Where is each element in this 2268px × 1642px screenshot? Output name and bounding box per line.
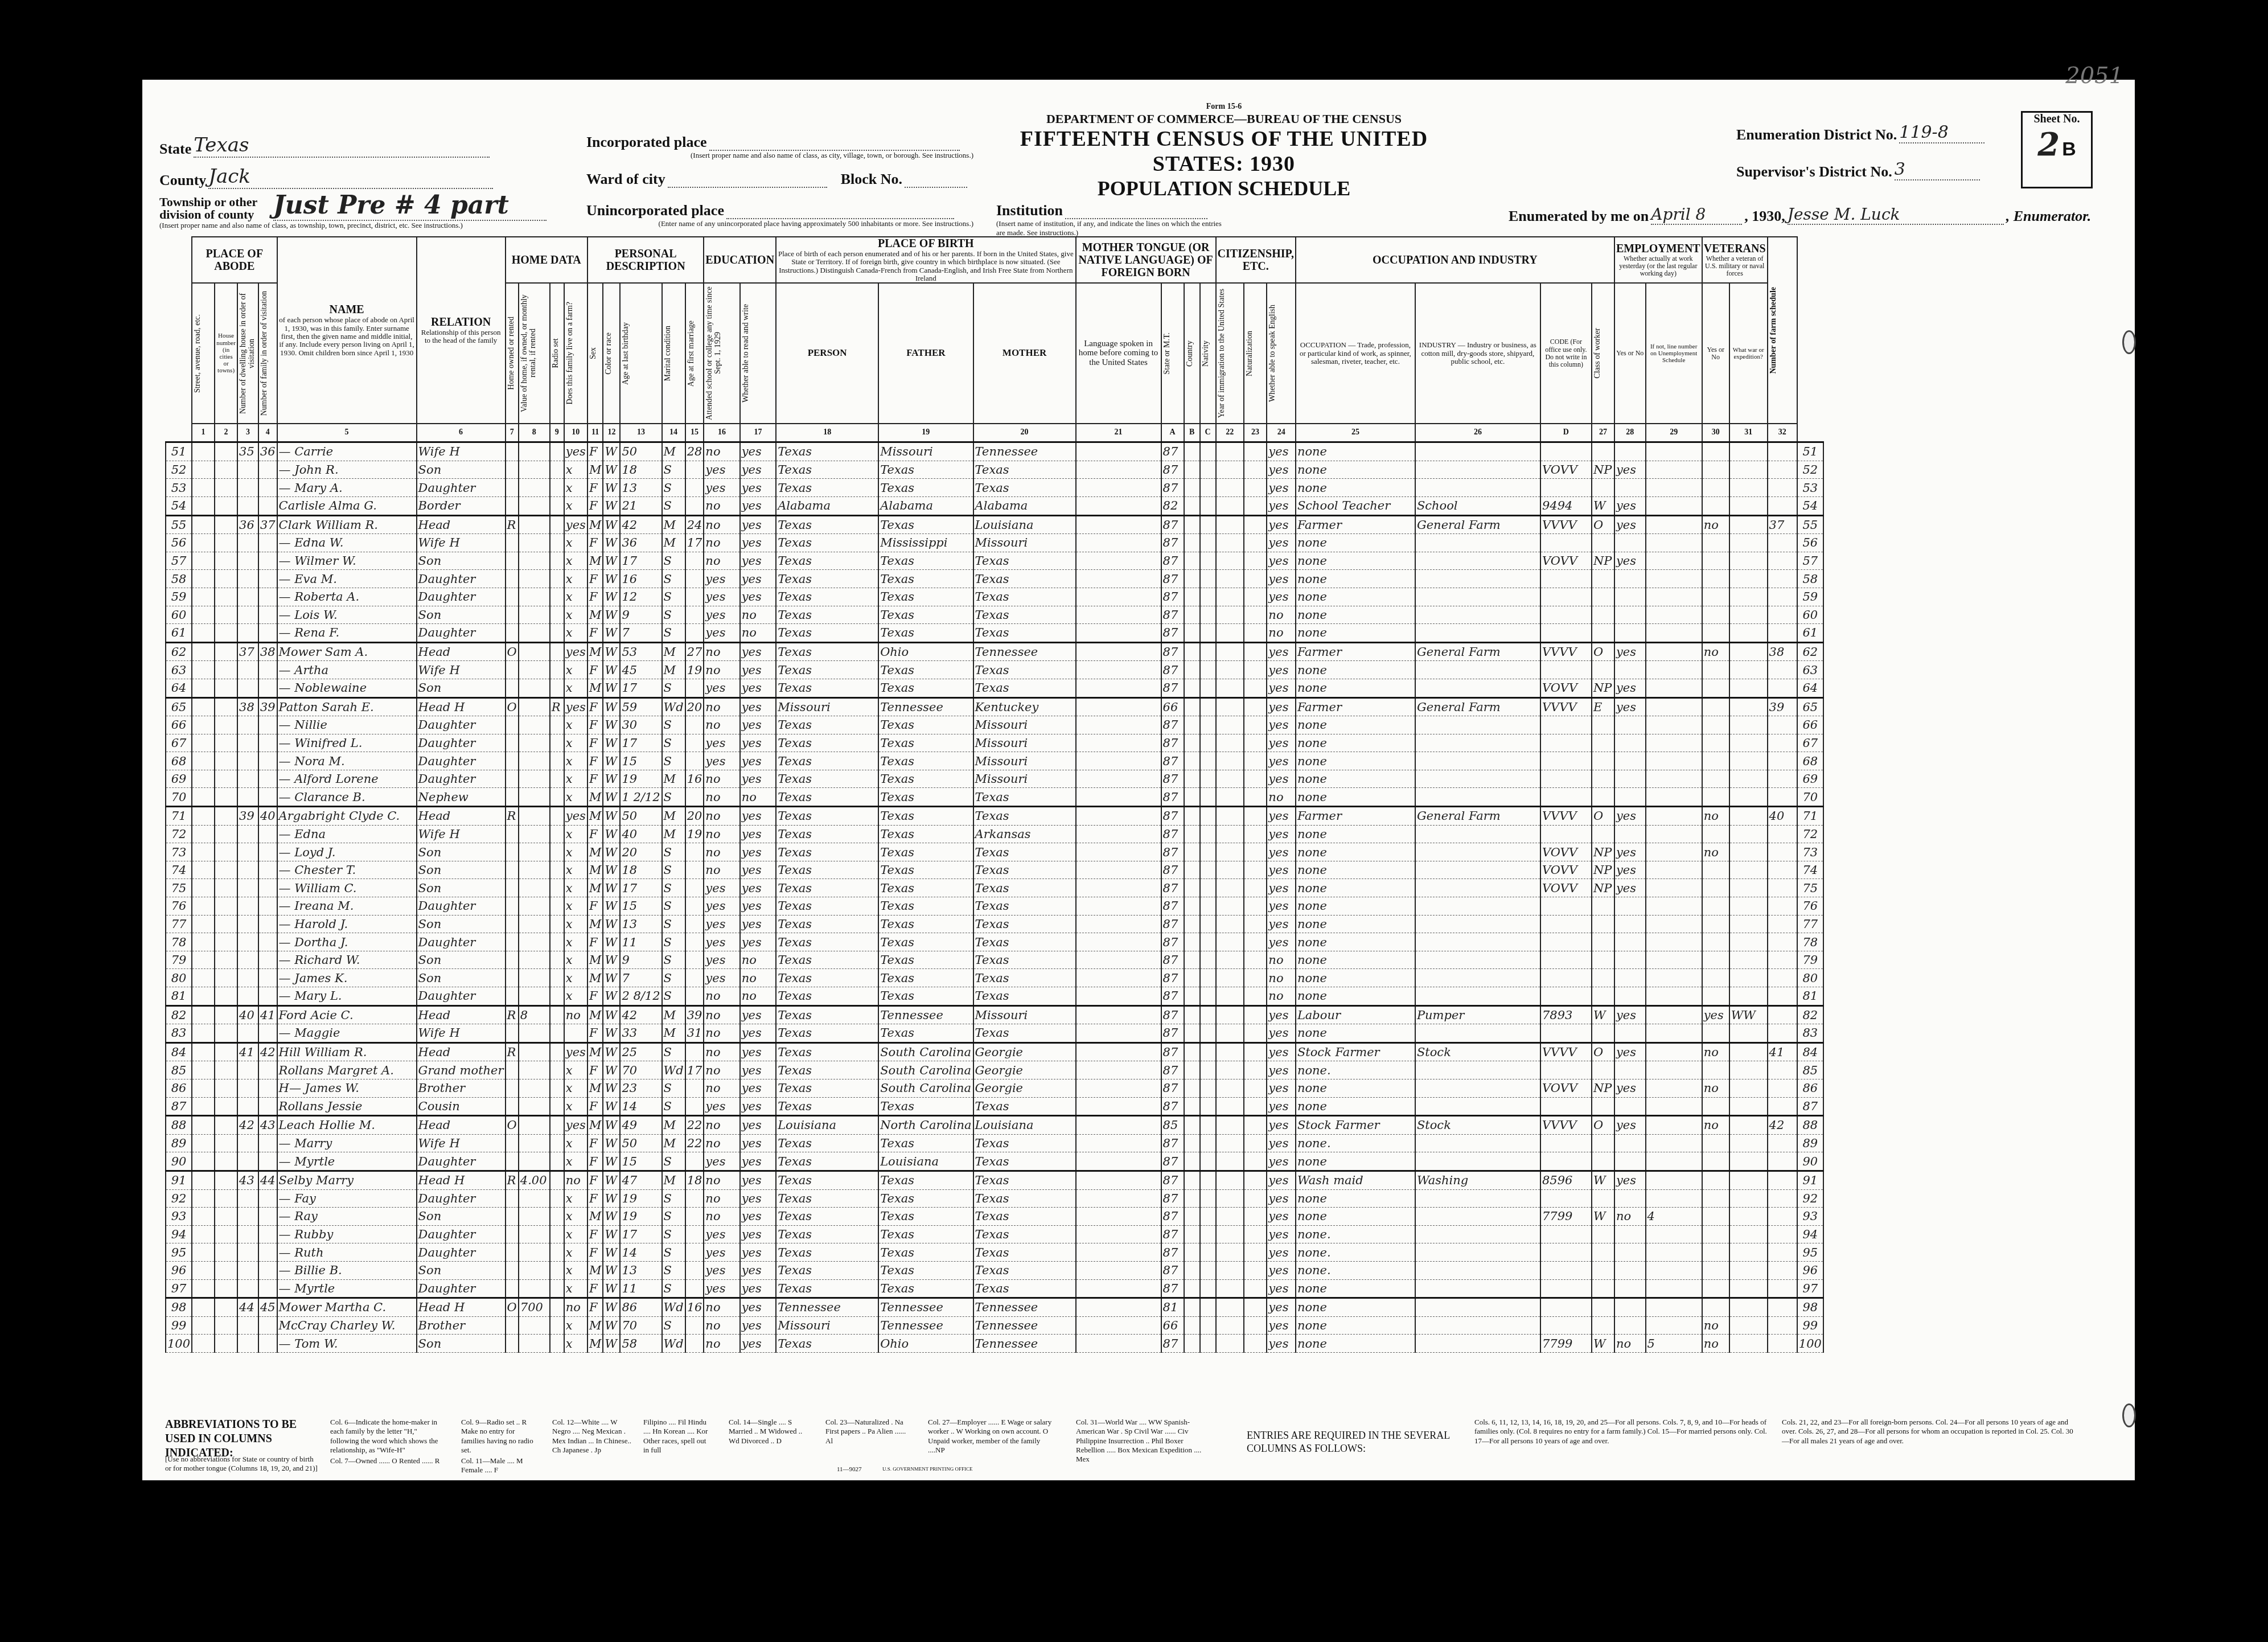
line-number-right: 80 [1797,969,1823,987]
cell-sex: F [587,716,603,734]
cell-marital: M [662,661,685,679]
township-value: Just Pre # 4 part [273,191,547,221]
cell-owned: O [506,642,519,661]
line-number-right: 63 [1797,661,1823,679]
cell-agemar [685,951,704,969]
cell-age: 13 [620,1261,661,1279]
cell-sex: M [587,915,603,933]
cell-codeA: 87 [1161,461,1184,479]
cell-radio [550,515,564,534]
cell-ind [1415,734,1540,752]
line-number-right: 58 [1797,570,1823,588]
cell-work [1614,897,1646,916]
cell-agemar: 20 [685,697,704,716]
cell-value [519,1024,550,1043]
cell-vet [1702,825,1729,843]
cell-sex: M [587,951,603,969]
cell-school: no [704,825,739,843]
cell-unemp [1646,1171,1702,1189]
cell-marital: S [662,588,685,606]
cell-codeD: 7799 [1540,1335,1592,1353]
cell-school: no [704,1298,739,1317]
line-number: 88 [166,1116,192,1135]
cell-value [519,442,550,461]
cell-read: yes [740,642,776,661]
cell-farm [564,1024,587,1043]
cell-war [1729,879,1768,897]
cell-farm: no [564,1298,587,1317]
cell-radio [550,915,564,933]
cell-codeA: 87 [1161,1189,1184,1208]
cell-radio [550,1134,564,1152]
cell-bpf: Texas [878,1171,973,1189]
cell-occ: none [1296,1189,1415,1208]
cell-farm: x [564,1261,587,1279]
cell-radio [550,1243,564,1262]
cell-codeB [1184,534,1200,552]
cell-bpm: Texas [973,1171,1076,1189]
sd-line: Supervisor's District No. 3 [1736,159,1980,180]
cell-school: yes [704,951,739,969]
cell-bpm: Texas [973,1261,1076,1279]
cell-lang [1076,734,1161,752]
cell-immig [1216,969,1244,987]
cell-farm: x [564,897,587,916]
cell-name: — Rena F. [277,624,417,643]
cell-natur [1244,1243,1267,1262]
table-row: 844142Hill William R.HeadRyesMW25SnoyesT… [166,1042,1823,1061]
cell-codeC [1200,588,1216,606]
cell-codeD: VVVV [1540,1042,1592,1061]
enumeration-date: April 8 [1651,205,1742,225]
cell-work: yes [1614,496,1646,515]
cell-relation: Daughter [417,716,506,734]
cell-dwelling_st [192,1042,215,1061]
cell-marital: M [662,1005,685,1024]
cell-codeA: 87 [1161,1024,1184,1043]
cell-dwelling_st [192,1261,215,1279]
cell-school: no [704,496,739,515]
cell-codeD: VOVV [1540,1079,1592,1097]
cell-value [519,661,550,679]
cell-read: yes [740,1097,776,1116]
cell-codeB [1184,1171,1200,1189]
cell-age: 12 [620,588,661,606]
cell-english: yes [1267,661,1296,679]
cell-english: no [1267,624,1296,643]
cell-bpm: Texas [973,1097,1076,1116]
cell-relation: Head [417,1042,506,1061]
cell-farm: x [564,1152,587,1171]
cell-race: W [603,1208,620,1226]
cell-agemar: 16 [685,1298,704,1317]
cell-read: yes [740,1116,776,1135]
cell-codeC [1200,461,1216,479]
cell-agemar [685,1097,704,1116]
cell-farmsch: 40 [1768,807,1797,826]
cell-sex: F [587,534,603,552]
line-number: 51 [166,442,192,461]
cell-work [1614,1097,1646,1116]
cell-cls [1592,1152,1614,1171]
cell-radio [550,534,564,552]
cell-name: — Myrtle [277,1279,417,1298]
cell-agemar [685,1079,704,1097]
cell-radio [550,1298,564,1317]
cell-vet: no [1702,1335,1729,1353]
cell-farm: yes [564,697,587,716]
footer-abbreviations: ABBREVIATIONS TO BE USED IN COLUMNS INDI… [165,1412,2112,1475]
line-number-right: 92 [1797,1189,1823,1208]
line-number: 78 [166,933,192,951]
cell-lang [1076,515,1161,534]
cell-work: yes [1614,861,1646,879]
cell-radio [550,642,564,661]
cell-codeB [1184,515,1200,534]
cell-race: W [603,879,620,897]
cell-natur [1244,861,1267,879]
cell-codeB [1184,951,1200,969]
cell-unemp [1646,1279,1702,1298]
cell-codeC [1200,933,1216,951]
cell-farm: x [564,552,587,570]
cell-radio [550,1335,564,1353]
cell-sex: M [587,843,603,861]
cell-owned: O [506,697,519,716]
cell-school: no [704,1335,739,1353]
cell-ind [1415,479,1540,497]
cell-codeA: 87 [1161,1225,1184,1243]
cell-bpf: Texas [878,552,973,570]
cell-bpf: Texas [878,825,973,843]
cell-value [519,951,550,969]
cell-unemp [1646,915,1702,933]
line-number: 57 [166,552,192,570]
cell-family [258,461,277,479]
column-number: 24 [1267,424,1296,442]
cell-value [519,1189,550,1208]
cell-ind: Washing [1415,1171,1540,1189]
cell-age: 15 [620,897,661,916]
table-row: 81— Mary L.DaughterxFW2 8/12SnonoTexasTe… [166,987,1823,1006]
cell-ind [1415,770,1540,788]
group-employment: EMPLOYMENTWhether actually at work yeste… [1614,237,1702,283]
cell-agemar [685,1316,704,1335]
cell-bpm: Texas [973,807,1076,826]
table-row: 92— FayDaughterxFW19SnoyesTexasTexasTexa… [166,1189,1823,1208]
cell-war [1729,897,1768,916]
cell-dwelling [237,1261,258,1279]
cell-dwelling [237,861,258,879]
cell-race: W [603,1134,620,1152]
cell-unemp [1646,969,1702,987]
cell-farm: x [564,1134,587,1152]
cell-codeA: 87 [1161,679,1184,697]
cell-natur [1244,461,1267,479]
cell-age: 7 [620,624,661,643]
cell-war [1729,1298,1768,1317]
cell-dwelling [237,1024,258,1043]
cell-value [519,570,550,588]
line-number-right: 51 [1797,442,1823,461]
group-occupation: OCCUPATION AND INDUSTRY [1296,237,1614,283]
cell-owned: R [506,1005,519,1024]
cell-relation: Daughter [417,897,506,916]
cell-war [1729,716,1768,734]
cell-occ: none [1296,624,1415,643]
cell-dwelling_st [192,987,215,1006]
cell-farm: x [564,661,587,679]
cell-lang [1076,1208,1161,1226]
cell-codeA: 87 [1161,1243,1184,1262]
cell-age: 20 [620,843,661,861]
cell-dwelling_st [192,697,215,716]
cell-work [1614,1134,1646,1152]
cell-value [519,1279,550,1298]
cell-unemp [1646,897,1702,916]
cell-occ: none [1296,1024,1415,1043]
cell-english: yes [1267,479,1296,497]
cell-cls [1592,1189,1614,1208]
cell-bp: Texas [776,1335,878,1353]
line-number-right: 81 [1797,987,1823,1006]
cell-race: W [603,752,620,770]
cell-farmsch [1768,624,1797,643]
schedule-title: POPULATION SCHEDULE [996,176,1452,200]
cell-bpm: Louisiana [973,515,1076,534]
cell-natur [1244,843,1267,861]
cell-age: 17 [620,879,661,897]
cell-read: yes [740,843,776,861]
cell-occ: none. [1296,1134,1415,1152]
cell-marital: M [662,642,685,661]
cell-sex: F [587,697,603,716]
cell-natur [1244,734,1267,752]
cell-immig [1216,552,1244,570]
cell-ind [1415,1189,1540,1208]
cell-name: Rollans Jessie [277,1097,417,1116]
cell-bp: Missouri [776,697,878,716]
line-number: 53 [166,479,192,497]
cell-natur [1244,1279,1267,1298]
cell-codeC [1200,570,1216,588]
cell-ind [1415,716,1540,734]
cell-owned [506,1134,519,1152]
cell-codeB [1184,969,1200,987]
cell-name: McCray Charley W. [277,1316,417,1335]
cell-ind: School [1415,496,1540,515]
cell-unemp [1646,843,1702,861]
table-row: 61— Rena F.DaughterxFW7SyesnoTexasTexasT… [166,624,1823,643]
line-number-right: 83 [1797,1024,1823,1043]
cell-owned: O [506,1116,519,1135]
cell-house [215,933,237,951]
cell-sex: F [587,1024,603,1043]
cell-dwelling_st [192,1024,215,1043]
cell-dwelling_st [192,861,215,879]
cell-race: W [603,969,620,987]
cell-school: yes [704,734,739,752]
cell-farmsch [1768,1335,1797,1353]
cell-codeB [1184,442,1200,461]
line-number: 99 [166,1316,192,1335]
cell-dwelling [237,1225,258,1243]
cell-cls: W [1592,1005,1614,1024]
cell-age: 11 [620,1279,661,1298]
cell-vet [1702,1061,1729,1079]
group-home-data: HOME DATA [506,237,587,283]
cell-agemar [685,987,704,1006]
cell-bp: Texas [776,1097,878,1116]
cell-house [215,897,237,916]
table-row: 73— Loyd J.SonxMW20SnoyesTexasTexasTexas… [166,843,1823,861]
cell-codeA: 87 [1161,588,1184,606]
cell-farmsch [1768,588,1797,606]
cell-cls [1592,1279,1614,1298]
cell-family [258,679,277,697]
cell-codeC [1200,1335,1216,1353]
cell-english: yes [1267,570,1296,588]
cell-agemar [685,606,704,624]
cell-codeC [1200,788,1216,807]
cell-codeC [1200,1189,1216,1208]
cell-ind [1415,897,1540,916]
cell-radio [550,624,564,643]
cell-dwelling [237,534,258,552]
cell-radio [550,570,564,588]
cell-read: yes [740,661,776,679]
cell-value [519,1116,550,1135]
cell-agemar [685,933,704,951]
cell-codeA: 87 [1161,1061,1184,1079]
line-number-right: 73 [1797,843,1823,861]
cell-race: W [603,1189,620,1208]
cell-work: yes [1614,1005,1646,1024]
cell-unemp [1646,679,1702,697]
cell-value [519,1097,550,1116]
cell-name: Selby Marry [277,1171,417,1189]
cell-lang [1076,442,1161,461]
cell-codeD [1540,1061,1592,1079]
cell-occ: Wash maid [1296,1171,1415,1189]
cell-value [519,1225,550,1243]
cell-occ: none [1296,442,1415,461]
cell-family [258,752,277,770]
cell-school: yes [704,606,739,624]
cell-house [215,951,237,969]
cell-natur [1244,552,1267,570]
cell-bpf: Texas [878,987,973,1006]
cell-bpf: Texas [878,1097,973,1116]
cell-codeA: 87 [1161,534,1184,552]
cell-name: — Tom W. [277,1335,417,1353]
cell-farmsch [1768,933,1797,951]
cell-name: — Chester T. [277,861,417,879]
cell-lang [1076,716,1161,734]
table-row: 79— Richard W.SonxMW9SyesnoTexasTexasTex… [166,951,1823,969]
cell-bpm: Texas [973,1243,1076,1262]
cell-race: W [603,1152,620,1171]
line-number-right: 79 [1797,951,1823,969]
cell-value [519,933,550,951]
cell-bp: Texas [776,879,878,897]
cell-sex: F [587,479,603,497]
cell-sex: F [587,661,603,679]
cell-work [1614,534,1646,552]
cell-unemp [1646,570,1702,588]
cell-read: yes [740,1152,776,1171]
cell-dwelling_st [192,969,215,987]
cell-value: 700 [519,1298,550,1317]
cell-bp: Texas [776,461,878,479]
cell-marital: S [662,479,685,497]
cell-cls: W [1592,496,1614,515]
cell-codeA: 87 [1161,570,1184,588]
cell-school: no [704,1024,739,1043]
cell-house [215,1243,237,1262]
cell-english: yes [1267,552,1296,570]
cell-dwelling_st [192,1171,215,1189]
cell-age: 17 [620,1225,661,1243]
cell-natur [1244,496,1267,515]
cell-ind [1415,1243,1540,1262]
cell-marital: S [662,969,685,987]
column-number: 30 [1702,424,1729,442]
cell-occ: Farmer [1296,515,1415,534]
cell-owned [506,1097,519,1116]
cell-relation: Head [417,515,506,534]
cell-codeB [1184,1279,1200,1298]
cell-bp: Texas [776,1225,878,1243]
cell-english: yes [1267,1079,1296,1097]
cell-codeC [1200,1097,1216,1116]
cell-dwelling [237,969,258,987]
cell-family [258,1335,277,1353]
cell-bpf: South Carolina [878,1061,973,1079]
cell-farmsch [1768,1024,1797,1043]
cell-codeD [1540,1225,1592,1243]
cell-value [519,897,550,916]
cell-family [258,969,277,987]
cell-race: W [603,987,620,1006]
cell-natur [1244,661,1267,679]
cell-age: 50 [620,442,661,461]
cell-relation: Grand mother [417,1061,506,1079]
cell-natur [1244,442,1267,461]
cell-age: 19 [620,1189,661,1208]
cell-codeC [1200,1243,1216,1262]
cell-war [1729,825,1768,843]
cell-owned [506,951,519,969]
cell-bpm: Texas [973,1134,1076,1152]
cell-family: 41 [258,1005,277,1024]
cell-dwelling_st [192,496,215,515]
cell-ind [1415,1279,1540,1298]
cell-vet: no [1702,1079,1729,1097]
cell-unemp: 5 [1646,1335,1702,1353]
cell-unemp [1646,552,1702,570]
cell-ind [1415,825,1540,843]
cell-age: 58 [620,1335,661,1353]
cell-marital: S [662,1079,685,1097]
column-number: 27 [1592,424,1614,442]
cell-occ: none [1296,969,1415,987]
cell-immig [1216,951,1244,969]
cell-occ: none [1296,1316,1415,1335]
cell-bpm: Texas [973,661,1076,679]
cell-war [1729,1335,1768,1353]
cell-immig [1216,1225,1244,1243]
